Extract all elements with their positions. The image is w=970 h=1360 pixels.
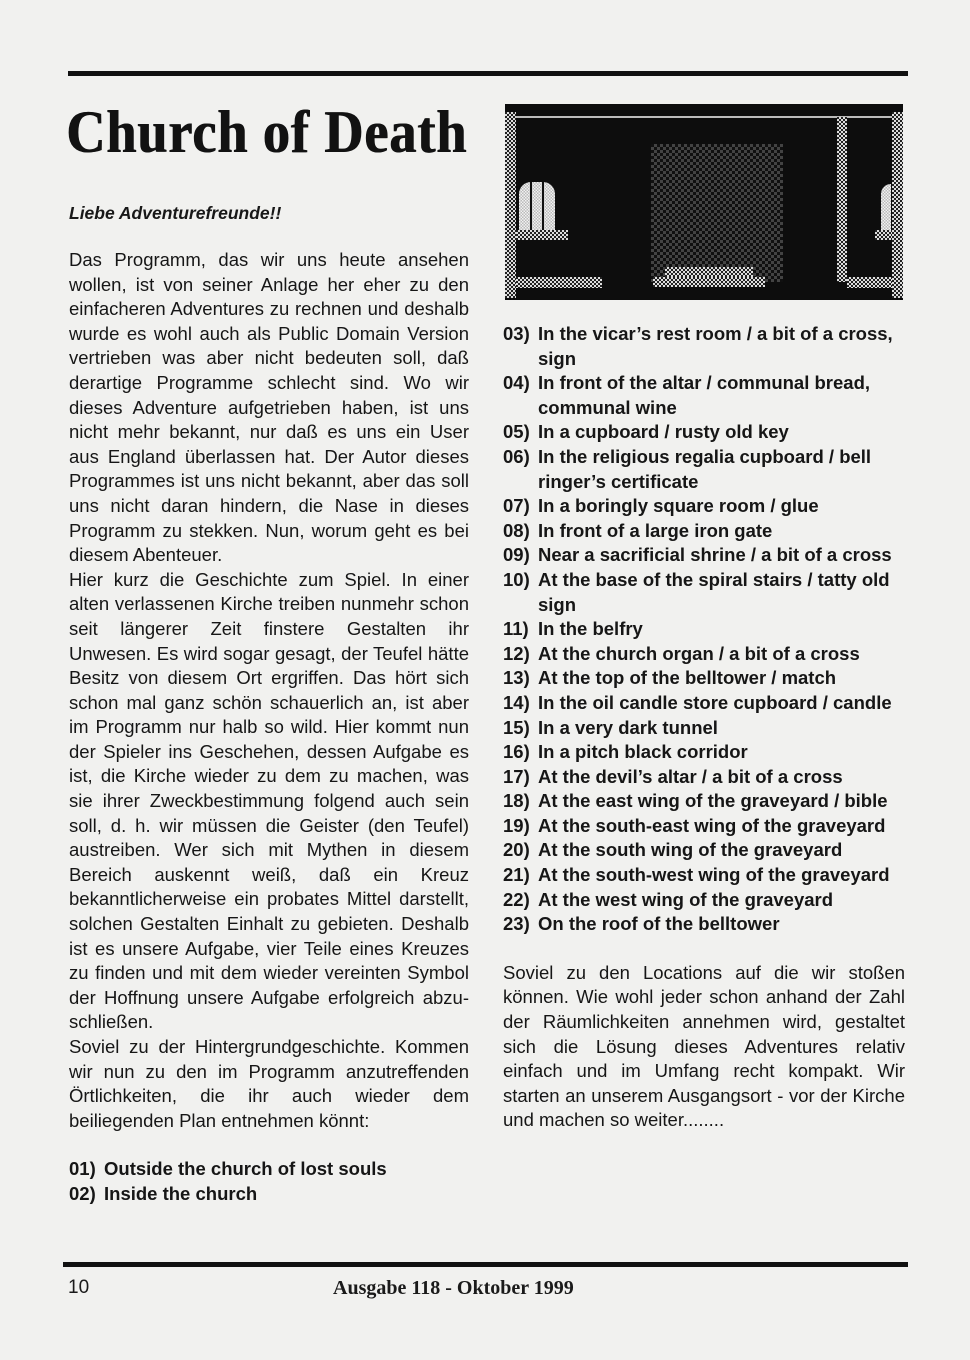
location-item: 12)At the church organ / a bit of a cros… bbox=[503, 642, 905, 667]
location-item: 10)At the base of the spiral stairs / ta… bbox=[503, 568, 905, 617]
location-item: 02)Inside the church bbox=[69, 1182, 469, 1207]
location-item: 13)At the top of the belltower / match bbox=[503, 666, 905, 691]
location-item: 16)In a pitch black corridor bbox=[503, 740, 905, 765]
location-item: 23)On the roof of the belltower bbox=[503, 912, 905, 937]
left-column: Das Programm, das wir uns heute ansehen … bbox=[69, 248, 469, 1207]
location-text: At the church organ / a bit of a cross bbox=[538, 642, 905, 667]
window-sill-left bbox=[516, 230, 568, 240]
location-text: At the east wing of the graveyard / bibl… bbox=[538, 789, 905, 814]
location-text: In front of a large iron gate bbox=[538, 519, 905, 544]
altar-step-top bbox=[665, 267, 753, 277]
window-left bbox=[519, 182, 555, 230]
floor-right bbox=[847, 277, 892, 288]
location-number: 20) bbox=[503, 838, 538, 863]
issue-footer: Ausgabe 118 - Oktober 1999 bbox=[333, 1277, 574, 1299]
location-item: 14)In the oil candle store cupboard / ca… bbox=[503, 691, 905, 716]
location-number: 08) bbox=[503, 519, 538, 544]
location-text: Near a sacrificial shrine / a bit of a c… bbox=[538, 543, 905, 568]
location-number: 01) bbox=[69, 1157, 104, 1182]
location-number: 15) bbox=[503, 716, 538, 741]
window-right bbox=[881, 184, 891, 230]
location-number: 02) bbox=[69, 1182, 104, 1207]
location-item: 08)In front of a large iron gate bbox=[503, 519, 905, 544]
bottom-rule bbox=[63, 1262, 908, 1267]
location-text: Outside the church of lost souls bbox=[104, 1157, 469, 1182]
location-text: In the belfry bbox=[538, 617, 905, 642]
greeting: Liebe Adventurefreunde!! bbox=[69, 202, 281, 224]
location-item: 07)In a boringly square room / glue bbox=[503, 494, 905, 519]
location-number: 16) bbox=[503, 740, 538, 765]
location-text: In the vicar’s rest room / a bit of a cr… bbox=[538, 322, 905, 371]
location-text: At the top of the belltower / match bbox=[538, 666, 905, 691]
location-text: In a boringly square room / glue bbox=[538, 494, 905, 519]
location-number: 05) bbox=[503, 420, 538, 445]
location-text: At the south-west wing of the grave­yard bbox=[538, 863, 905, 888]
location-item: 04)In front of the altar / communal brea… bbox=[503, 371, 905, 420]
right-column: 03)In the vicar’s rest room / a bit of a… bbox=[503, 322, 905, 1133]
locations-list-right: 03)In the vicar’s rest room / a bit of a… bbox=[503, 322, 905, 937]
location-text: At the south wing of the graveyard bbox=[538, 838, 905, 863]
closing-paragraph: Soviel zu den Locations auf die wir stoß… bbox=[503, 961, 905, 1133]
location-number: 14) bbox=[503, 691, 538, 716]
location-text: At the west wing of the graveyard bbox=[538, 888, 905, 913]
left-wall bbox=[505, 112, 516, 298]
location-text: In the religious regalia cupboard / bell… bbox=[538, 445, 905, 494]
page-number: 10 bbox=[68, 1277, 89, 1299]
location-text: In a very dark tunnel bbox=[538, 716, 905, 741]
location-item: 20)At the south wing of the graveyard bbox=[503, 838, 905, 863]
floor-left bbox=[516, 277, 602, 288]
location-number: 13) bbox=[503, 666, 538, 691]
location-number: 19) bbox=[503, 814, 538, 839]
location-text: At the base of the spiral stairs / tatty… bbox=[538, 568, 905, 617]
location-item: 01)Outside the church of lost souls bbox=[69, 1157, 469, 1182]
location-number: 07) bbox=[503, 494, 538, 519]
location-item: 18)At the east wing of the graveyard / b… bbox=[503, 789, 905, 814]
location-number: 04) bbox=[503, 371, 538, 420]
location-number: 17) bbox=[503, 765, 538, 790]
location-item: 05)In a cupboard / rusty old key bbox=[503, 420, 905, 445]
location-number: 22) bbox=[503, 888, 538, 913]
location-number: 18) bbox=[503, 789, 538, 814]
story-paragraph: Hier kurz die Geschichte zum Spiel. In e… bbox=[69, 568, 469, 1035]
ceiling-line bbox=[516, 116, 892, 118]
location-text: At the south-east wing of the grave­yard bbox=[538, 814, 905, 839]
location-number: 23) bbox=[503, 912, 538, 937]
altar-doorway bbox=[651, 144, 783, 282]
location-item: 09)Near a sacrificial shrine / a bit of … bbox=[503, 543, 905, 568]
window-sill-right bbox=[875, 230, 892, 240]
location-text: In a cupboard / rusty old key bbox=[538, 420, 905, 445]
game-screenshot bbox=[505, 104, 903, 300]
location-item: 19)At the south-east wing of the grave­y… bbox=[503, 814, 905, 839]
location-item: 03)In the vicar’s rest room / a bit of a… bbox=[503, 322, 905, 371]
location-text: In the oil candle store cupboard / candl… bbox=[538, 691, 905, 716]
article-title: Church of Death bbox=[66, 96, 467, 168]
location-text: In front of the altar / communal bread, … bbox=[538, 371, 905, 420]
top-rule bbox=[68, 71, 908, 76]
location-item: 06)In the religious regalia cupboard / b… bbox=[503, 445, 905, 494]
right-wall bbox=[892, 112, 903, 298]
intro-paragraph: Das Programm, das wir uns heute ansehen … bbox=[69, 248, 469, 568]
location-item: 21)At the south-west wing of the grave­y… bbox=[503, 863, 905, 888]
location-number: 21) bbox=[503, 863, 538, 888]
location-number: 06) bbox=[503, 445, 538, 494]
locations-list-left: 01)Outside the church of lost souls 02)I… bbox=[69, 1157, 469, 1206]
location-number: 10) bbox=[503, 568, 538, 617]
location-item: 15)In a very dark tunnel bbox=[503, 716, 905, 741]
location-number: 03) bbox=[503, 322, 538, 371]
location-text: Inside the church bbox=[104, 1182, 469, 1207]
location-item: 22)At the west wing of the graveyard bbox=[503, 888, 905, 913]
pillar bbox=[837, 117, 847, 282]
location-number: 12) bbox=[503, 642, 538, 667]
location-number: 09) bbox=[503, 543, 538, 568]
location-text: On the roof of the belltower bbox=[538, 912, 905, 937]
location-number: 11) bbox=[503, 617, 538, 642]
location-text: At the devil’s altar / a bit of a cross bbox=[538, 765, 905, 790]
locations-intro-paragraph: Soviel zu der Hintergrundgeschichte. Kom… bbox=[69, 1035, 469, 1133]
location-text: In a pitch black corridor bbox=[538, 740, 905, 765]
location-item: 11)In the belfry bbox=[503, 617, 905, 642]
location-item: 17)At the devil’s altar / a bit of a cro… bbox=[503, 765, 905, 790]
altar-step-bottom bbox=[653, 277, 765, 287]
